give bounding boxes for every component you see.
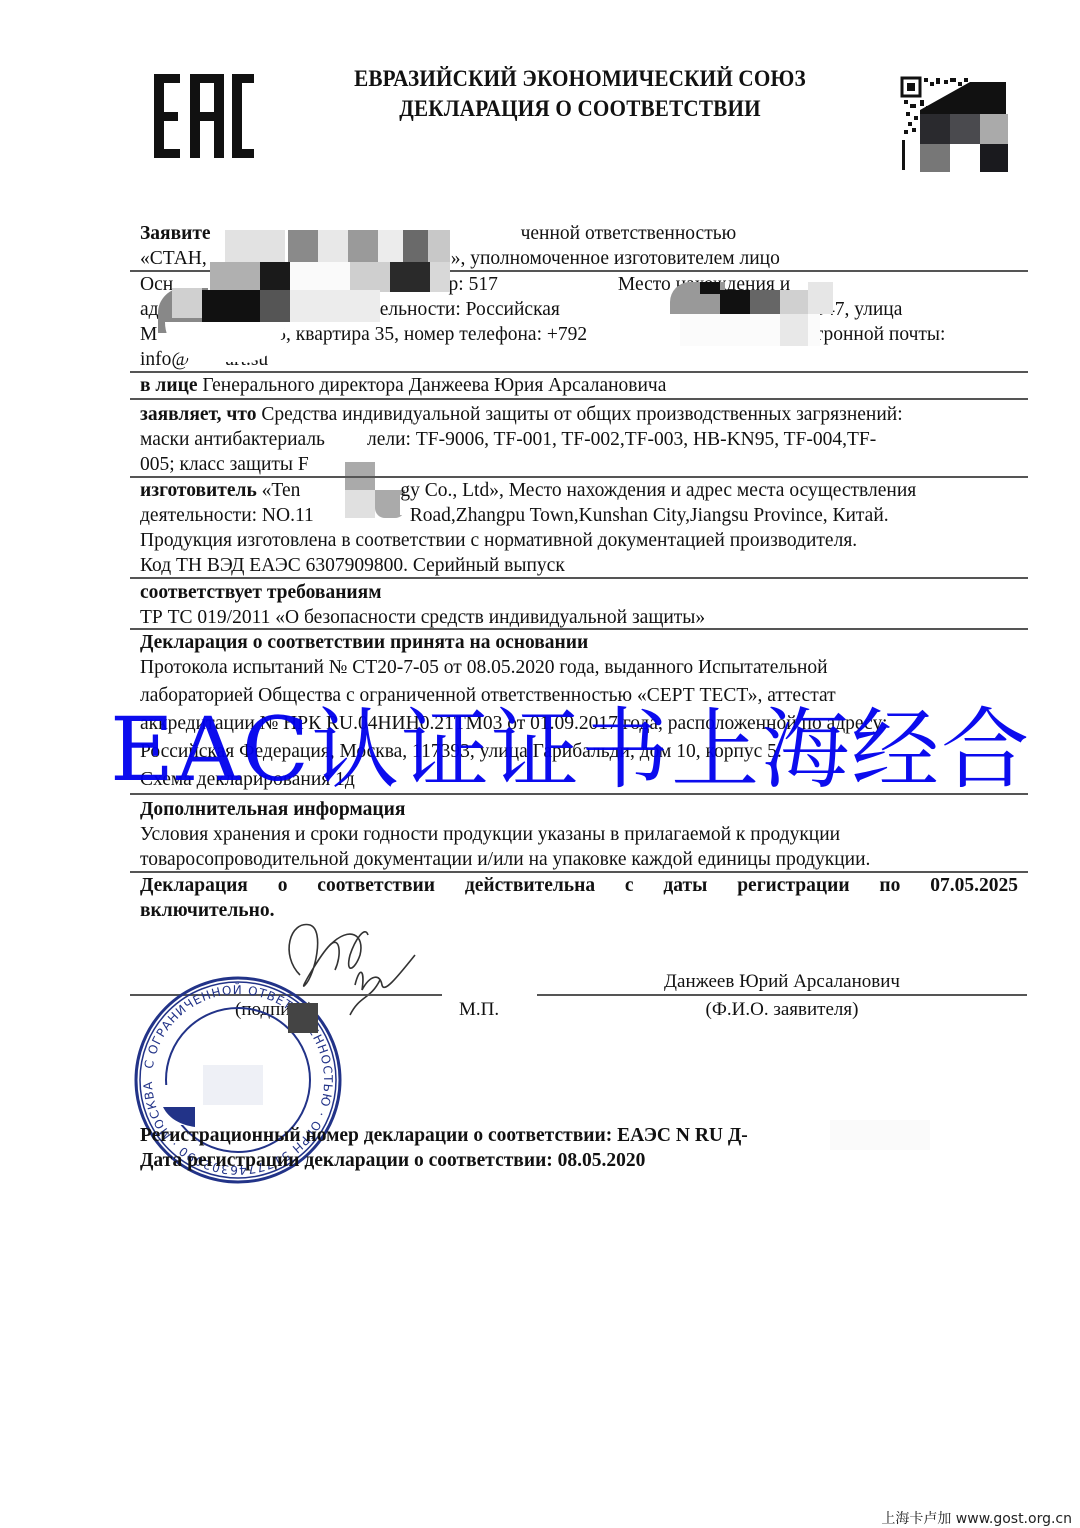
header-title-union: ЕВРАЗИЙСКИЙ ЭКОНОМИЧЕСКИЙ СОЮЗ	[304, 66, 856, 92]
stamp-label: М.П.	[459, 999, 499, 1021]
requirements-label: соответствует требованиям	[140, 580, 1018, 605]
requirements-text: ТР ТС 019/2011 «О безопасности средств и…	[140, 605, 1018, 630]
qr-code-icon	[900, 74, 1010, 174]
name-caption: (Ф.И.О. заявителя)	[537, 999, 1027, 1021]
manufacturer-line-1: изготовитель «Tengy Co., Ltd», Место нах…	[140, 478, 1018, 503]
manufacturer-line-3: Продукция изготовлена в соответствии с н…	[140, 528, 1018, 553]
footer-credit: 上海卡卢加 www.gost.org.cn	[881, 1508, 1072, 1528]
watermark-text: EAC认证证书上海经合	[110, 700, 1031, 800]
basis-line-1: Протокола испытаний № СТ20-7-05 от 08.05…	[140, 655, 1018, 680]
declares-line-2: маски антибактериальлели: TF-9006, TF-00…	[140, 427, 1018, 452]
additional-line-1: Условия хранения и сроки годности продук…	[140, 822, 1018, 847]
declares-line-1: заявляет, что Средства индивидуальной за…	[140, 402, 1018, 427]
representative-line: в лице Генерального директора Данжеева Ю…	[140, 373, 1018, 398]
manufacturer-line-2: деятельности: NO.11Road,Zhangpu Town,Kun…	[140, 503, 1018, 528]
applicant-label: Заявите	[140, 223, 211, 244]
basis-label: Декларация о соответствии принята на осн…	[140, 630, 1018, 655]
divider	[130, 577, 1028, 579]
manufacturer-label: изготовитель	[140, 480, 257, 501]
manufacturer-line-4: Код ТН ВЭД ЕАЭС 6307909800. Серийный вып…	[140, 553, 1018, 578]
name-line	[537, 994, 1027, 996]
eac-logo	[152, 72, 256, 160]
applicant-name: Данжеев Юрий Арсаланович	[537, 971, 1027, 993]
representative-label: в лице	[140, 375, 197, 396]
declares-line-3: 005; класс защиты F	[140, 452, 1018, 477]
header-title-declaration: ДЕКЛАРАЦИЯ О СООТВЕТСТВИИ	[304, 96, 856, 122]
divider	[130, 398, 1028, 400]
additional-line-2: товаросопроводительной документации и/ил…	[140, 847, 1018, 872]
registration-date: Дата регистрации декларации о соответств…	[140, 1148, 1018, 1173]
validity-line-1: Декларация о соответствии действительна …	[140, 873, 1018, 898]
declares-label: заявляет, что	[140, 404, 257, 425]
registration-number: Регистрационный номер декларации о соотв…	[140, 1123, 1018, 1148]
